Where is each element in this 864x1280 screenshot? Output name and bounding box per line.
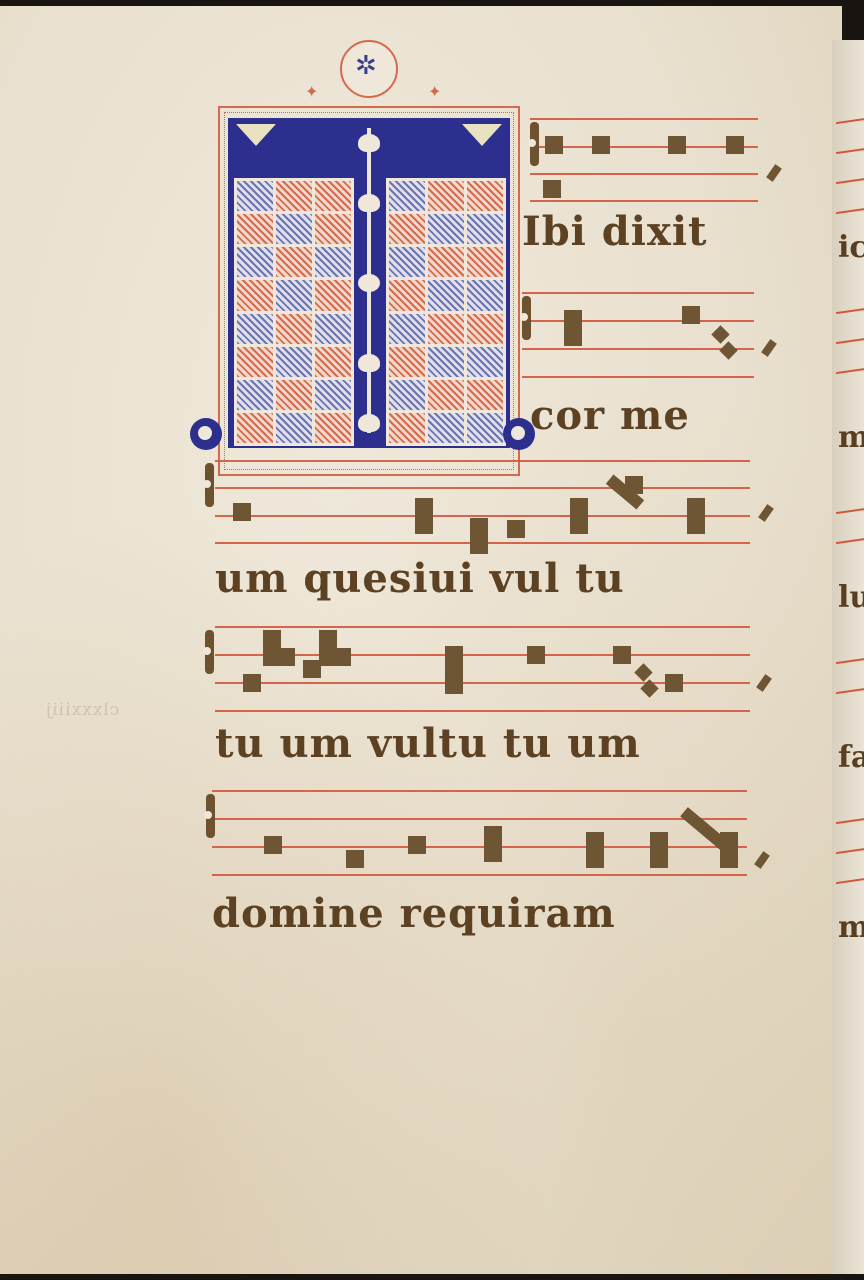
adjacent-text-fragment: fal (838, 740, 864, 775)
lyric-line: um quesiui vul tu (215, 555, 625, 602)
music-staff (212, 790, 747, 880)
foliation-number: clxxxiiij (45, 700, 119, 720)
lyric-line: tu um vultu tu um (215, 720, 641, 767)
star-ornament-icon: ✦ (428, 82, 441, 101)
background-edge (0, 1274, 864, 1280)
c-clef-icon (205, 630, 214, 674)
rosette-ornament-icon (340, 40, 398, 98)
checkered-infill-right (386, 178, 506, 446)
c-clef-icon (522, 296, 531, 340)
c-clef-icon (206, 794, 215, 838)
floral-stem-ornament (354, 124, 384, 442)
initial-letter-m (228, 118, 510, 448)
checkered-infill-left (234, 178, 354, 446)
scroll-terminal-left (190, 418, 222, 450)
lyric-line: domine requiram (212, 890, 616, 937)
adjacent-leaf-edge: ic m lu fal me (832, 40, 864, 1280)
music-staff (530, 118, 758, 208)
c-clef-icon (530, 122, 539, 166)
adjacent-text-fragment: lu (838, 580, 864, 615)
adjacent-text-fragment: m (838, 420, 864, 455)
music-staff (215, 626, 750, 712)
music-staff (215, 458, 750, 548)
lyric-line: Ibi dixit (522, 208, 707, 255)
adjacent-text-fragment: ic (838, 230, 864, 265)
illuminated-initial: ✦ ✦ (190, 38, 535, 458)
star-ornament-icon: ✦ (305, 82, 318, 101)
c-clef-icon (205, 463, 214, 507)
music-staff (522, 292, 754, 378)
adjacent-text-fragment: me (838, 910, 864, 945)
lyric-line: cor me (530, 392, 690, 439)
